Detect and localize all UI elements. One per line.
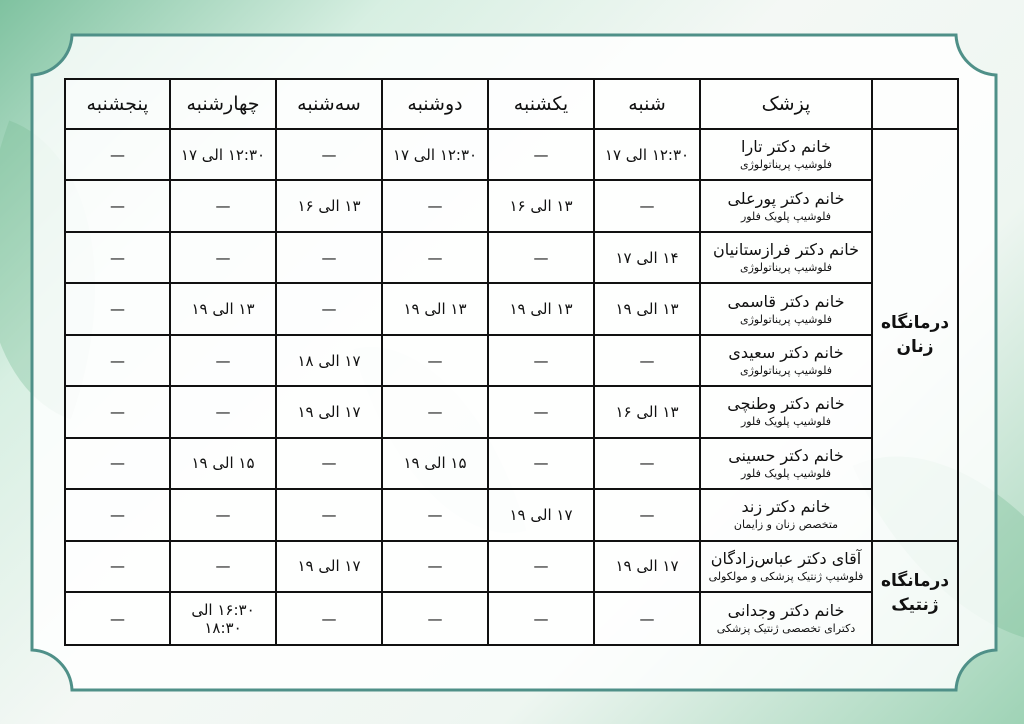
schedule-time-cell: ۱۲:۳۰ الی ۱۷ [170, 129, 276, 180]
doctor-specialty: فلوشیپ پریناتولوژی [701, 363, 871, 378]
doctor-name: خانم دکتر زند [701, 497, 871, 517]
doctor-name: خانم دکتر وجدانی [701, 601, 871, 621]
table-row: خانم دکتر فرازستانیانفلوشیپ پریناتولوژی۱… [65, 232, 958, 283]
doctor-specialty: فلوشیپ پلویک فلور [701, 414, 871, 429]
schedule-time-cell: ۱۴ الی ۱۷ [594, 232, 700, 283]
schedule-time-cell: — [65, 489, 170, 540]
schedule-time-cell: — [488, 592, 594, 645]
schedule-time-cell: — [170, 232, 276, 283]
schedule-time-cell: — [65, 180, 170, 231]
schedule-time-cell: — [488, 386, 594, 437]
doctor-header: پزشک [700, 79, 872, 129]
schedule-time-cell: — [594, 438, 700, 489]
schedule-time-cell: — [170, 180, 276, 231]
schedule-time-cell: — [382, 180, 488, 231]
schedule-time-cell: — [65, 386, 170, 437]
schedule-time-cell: — [488, 335, 594, 386]
schedule-time-cell: ۱۲:۳۰ الی ۱۷ [382, 129, 488, 180]
schedule-time-cell: ۱۳ الی ۱۶ [594, 386, 700, 437]
schedule-time-cell: ۱۳ الی ۱۶ [488, 180, 594, 231]
table-row: خانم دکتر قاسمیفلوشیپ پریناتولوژی۱۳ الی … [65, 283, 958, 334]
table-row: خانم دکتر حسینیفلوشیپ پلویک فلور——۱۵ الی… [65, 438, 958, 489]
doctor-specialty: فلوشیپ پلویک فلور [701, 466, 871, 481]
schedule-time-cell: — [488, 129, 594, 180]
schedule-time-cell: — [65, 592, 170, 645]
doctor-name: خانم دکتر حسینی [701, 446, 871, 466]
doctor-specialty: دکترای تخصصی ژنتیک پزشکی [701, 621, 871, 636]
table-row: خانم دکتر زندمتخصص زنان و زایمان—۱۷ الی … [65, 489, 958, 540]
schedule-time-cell: ۱۳ الی ۱۶ [276, 180, 382, 231]
table-row: خانم دکتر وجدانیدکترای تخصصی ژنتیک پزشکی… [65, 592, 958, 645]
schedule-time-cell: ۱۶:۳۰ الی ۱۸:۳۰ [170, 592, 276, 645]
day-header-wednesday: چهارشنبه [170, 79, 276, 129]
doctor-cell: آقای دکتر عباس‌زادگانفلوشیپ ژنتیک پزشکی … [700, 541, 872, 592]
schedule-time-cell: — [65, 541, 170, 592]
schedule-time-cell: — [170, 386, 276, 437]
schedule-time-cell: ۱۷ الی ۱۸ [276, 335, 382, 386]
schedule-time-cell: ۱۲:۳۰ الی ۱۷ [594, 129, 700, 180]
doctor-specialty: متخصص زنان و زایمان [701, 517, 871, 532]
schedule-time-cell: — [488, 438, 594, 489]
day-header-thursday: پنجشنبه [65, 79, 170, 129]
schedule-table-container: پزشک شنبه یکشنبه دوشنبه سه‌شنبه چهارشنبه… [64, 78, 959, 646]
table-row: خانم دکتر پورعلیفلوشیپ پلویک فلور—۱۳ الی… [65, 180, 958, 231]
schedule-table: پزشک شنبه یکشنبه دوشنبه سه‌شنبه چهارشنبه… [64, 78, 959, 646]
doctor-cell: خانم دکتر وطنچیفلوشیپ پلویک فلور [700, 386, 872, 437]
schedule-time-cell: — [276, 283, 382, 334]
schedule-time-cell: — [65, 129, 170, 180]
day-header-tuesday: سه‌شنبه [276, 79, 382, 129]
schedule-time-cell: — [170, 335, 276, 386]
doctor-cell: خانم دکتر وجدانیدکترای تخصصی ژنتیک پزشکی [700, 592, 872, 645]
schedule-time-cell: ۱۵ الی ۱۹ [382, 438, 488, 489]
schedule-time-cell: — [488, 232, 594, 283]
doctor-specialty: فلوشیپ پریناتولوژی [701, 157, 871, 172]
schedule-time-cell: — [382, 541, 488, 592]
doctor-specialty: فلوشیپ ژنتیک پزشکی و مولکولی [701, 569, 871, 584]
doctor-name: خانم دکتر سعیدی [701, 343, 871, 363]
doctor-name: خانم دکتر وطنچی [701, 394, 871, 414]
schedule-time-cell: — [382, 232, 488, 283]
doctor-cell: خانم دکتر زندمتخصص زنان و زایمان [700, 489, 872, 540]
schedule-time-cell: — [382, 386, 488, 437]
schedule-time-cell: — [276, 592, 382, 645]
doctor-cell: خانم دکتر تارافلوشیپ پریناتولوژی [700, 129, 872, 180]
schedule-time-cell: ۱۳ الی ۱۹ [594, 283, 700, 334]
clinic-header-cell [872, 79, 958, 129]
doctor-name: خانم دکتر فرازستانیان [701, 240, 871, 260]
doctor-specialty: فلوشیپ پلویک فلور [701, 209, 871, 224]
schedule-time-cell: ۱۷ الی ۱۹ [276, 541, 382, 592]
schedule-time-cell: — [276, 129, 382, 180]
schedule-time-cell: — [170, 541, 276, 592]
schedule-time-cell: — [276, 232, 382, 283]
schedule-time-cell: — [276, 489, 382, 540]
schedule-time-cell: — [276, 438, 382, 489]
schedule-time-cell: — [594, 180, 700, 231]
schedule-time-cell: — [594, 335, 700, 386]
schedule-time-cell: — [170, 489, 276, 540]
schedule-time-cell: — [65, 283, 170, 334]
day-header-monday: دوشنبه [382, 79, 488, 129]
schedule-time-cell: — [382, 335, 488, 386]
doctor-cell: خانم دکتر قاسمیفلوشیپ پریناتولوژی [700, 283, 872, 334]
schedule-time-cell: — [594, 592, 700, 645]
doctor-name: خانم دکتر تارا [701, 137, 871, 157]
table-row: درمانگاه زنانخانم دکتر تارافلوشیپ پرینات… [65, 129, 958, 180]
doctor-specialty: فلوشیپ پریناتولوژی [701, 312, 871, 327]
schedule-time-cell: — [382, 489, 488, 540]
schedule-time-cell: ۱۷ الی ۱۹ [276, 386, 382, 437]
table-row: خانم دکتر وطنچیفلوشیپ پلویک فلور۱۳ الی ۱… [65, 386, 958, 437]
doctor-name: خانم دکتر پورعلی [701, 189, 871, 209]
schedule-time-cell: — [65, 438, 170, 489]
header-row: پزشک شنبه یکشنبه دوشنبه سه‌شنبه چهارشنبه… [65, 79, 958, 129]
doctor-specialty: فلوشیپ پریناتولوژی [701, 260, 871, 275]
schedule-time-cell: — [594, 489, 700, 540]
clinic-name: درمانگاه ژنتیک [872, 541, 958, 645]
table-row: درمانگاه ژنتیکآقای دکتر عباس‌زادگانفلوشی… [65, 541, 958, 592]
schedule-time-cell: ۱۵ الی ۱۹ [170, 438, 276, 489]
doctor-name: آقای دکتر عباس‌زادگان [701, 549, 871, 569]
schedule-time-cell: — [65, 335, 170, 386]
clinic-name: درمانگاه زنان [872, 129, 958, 541]
schedule-time-cell: — [382, 592, 488, 645]
doctor-cell: خانم دکتر حسینیفلوشیپ پلویک فلور [700, 438, 872, 489]
schedule-time-cell: ۱۳ الی ۱۹ [488, 283, 594, 334]
schedule-time-cell: — [65, 232, 170, 283]
schedule-time-cell: ۱۷ الی ۱۹ [594, 541, 700, 592]
schedule-time-cell: ۱۳ الی ۱۹ [170, 283, 276, 334]
doctor-name: خانم دکتر قاسمی [701, 292, 871, 312]
doctor-cell: خانم دکتر سعیدیفلوشیپ پریناتولوژی [700, 335, 872, 386]
table-row: خانم دکتر سعیدیفلوشیپ پریناتولوژی———۱۷ ا… [65, 335, 958, 386]
schedule-time-cell: ۱۷ الی ۱۹ [488, 489, 594, 540]
day-header-sunday: یکشنبه [488, 79, 594, 129]
doctor-cell: خانم دکتر فرازستانیانفلوشیپ پریناتولوژی [700, 232, 872, 283]
day-header-saturday: شنبه [594, 79, 700, 129]
schedule-time-cell: — [488, 541, 594, 592]
schedule-time-cell: ۱۳ الی ۱۹ [382, 283, 488, 334]
doctor-cell: خانم دکتر پورعلیفلوشیپ پلویک فلور [700, 180, 872, 231]
